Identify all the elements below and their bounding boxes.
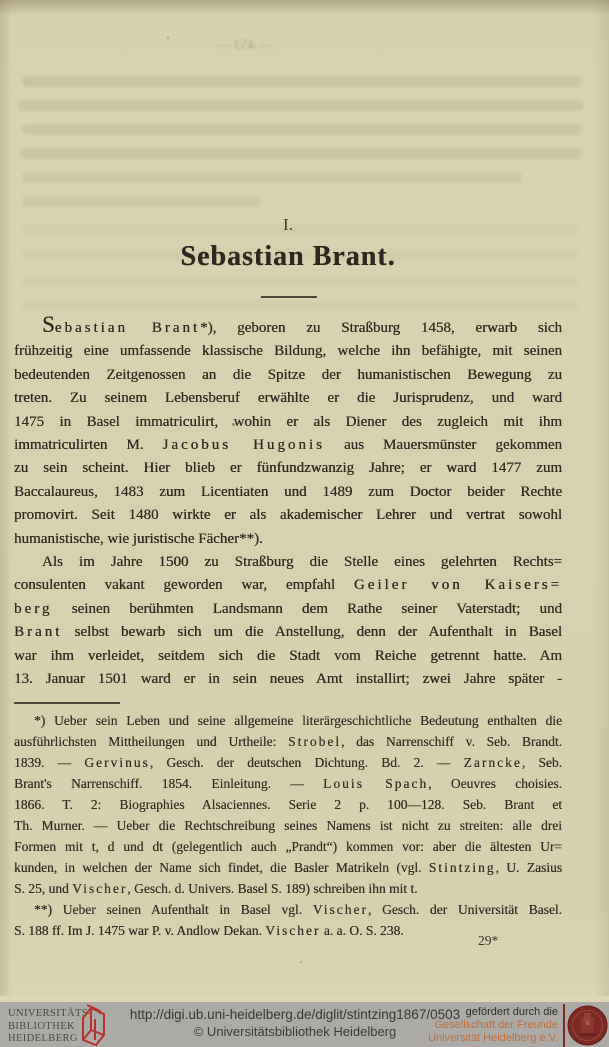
bleedthrough-page-number: — 453 — xyxy=(203,38,287,54)
funding-credit: gefördert durch die Gesellschaft der Fre… xyxy=(380,1006,558,1045)
main-text-block: Sebastian Brant*), geboren zu Straßburg … xyxy=(14,317,562,692)
chapter-title: Sebastian Brant. xyxy=(14,241,562,273)
paper-speck xyxy=(167,37,169,39)
funding-line: Gesellschaft der Freunde xyxy=(380,1019,558,1032)
text-line: ausführlichsten Mittheilungen und Urthei… xyxy=(14,731,562,752)
footer-divider-line xyxy=(563,1004,565,1047)
page-signature: 29* xyxy=(478,933,498,949)
text-line: Th. Murner. — Ueber die Rechtschreibung … xyxy=(14,815,562,836)
paper-speck xyxy=(300,961,302,963)
text-line: zu sein scheint. Hier blieb er fünfundzw… xyxy=(14,457,562,480)
chapter-numeral: I. xyxy=(14,215,562,235)
library-footer-bar: UNIVERSITÄTS- BIBLIOTHEK HEIDELBERG http… xyxy=(0,1002,609,1047)
footnote-block: *) Ueber sein Leben und seine allgemeine… xyxy=(14,710,562,941)
text-line: Baccalaureus, 1483 zum Licentiaten und 1… xyxy=(14,481,562,504)
university-seal-icon xyxy=(567,1005,608,1047)
text-line: 1866. T. 2: Biographies Alsaciennes. Ser… xyxy=(14,794,562,815)
text-line: war ihm verleidet, seitdem sich die Stad… xyxy=(14,645,562,668)
text-line: frühzeitig eine umfassende klassische Bi… xyxy=(14,340,562,363)
funding-line: Universität Heidelberg e.V. xyxy=(380,1032,558,1045)
text-line: **) Ueber seinen Aufenthalt in Basel vgl… xyxy=(14,899,562,920)
text-line: Brant selbst bewarb sich um die Anstellu… xyxy=(14,621,562,644)
funding-line: gefördert durch die xyxy=(380,1006,558,1019)
text-line: kunden, in welchen der Name sich findet,… xyxy=(14,857,562,878)
text-line: 13. Januar 1501 ward er in sein neues Am… xyxy=(14,668,562,691)
scanned-book-page: — 453 — I. Sebastian Brant. Sebastian Br… xyxy=(0,0,609,1047)
text-line: Sebastian Brant*), geboren zu Straßburg … xyxy=(14,317,562,340)
text-line: consulenten vakant geworden war, empfahl… xyxy=(14,574,562,597)
library-books-icon xyxy=(70,1002,114,1047)
text-line: 1839. — Gervinus, Gesch. der deutschen D… xyxy=(14,752,562,773)
text-line: humanistische, wie juristische Fächer**)… xyxy=(14,528,562,551)
text-line: *) Ueber sein Leben und seine allgemeine… xyxy=(14,710,562,731)
text-line: treten. Zu seinem Lebensberuf erwählte e… xyxy=(14,387,562,410)
text-line: Brant's Narrenschiff. 1854. Einleitung. … xyxy=(14,773,562,794)
paper-speck xyxy=(232,423,235,426)
title-divider-rule xyxy=(261,296,317,298)
text-line: bedeutenden Zeitgenossen an die Spitze d… xyxy=(14,364,562,387)
text-line: promovirt. Seit 1480 wirkte er als akade… xyxy=(14,504,562,527)
text-line: 1475 in Basel immatriculirt, wohin er al… xyxy=(14,411,562,434)
text-line: Als im Jahre 1500 zu Straßburg die Stell… xyxy=(14,551,562,574)
text-line: berg seinen berühmten Landsmann dem Rath… xyxy=(14,598,562,621)
text-line: Formen mit t, d und dt (gelegentlich auc… xyxy=(14,836,562,857)
text-line: immatriculirten M. Jacobus Hugonis aus M… xyxy=(14,434,562,457)
footnote-divider-rule xyxy=(14,702,120,704)
text-line: S. 25, und Vischer, Gesch. d. Univers. B… xyxy=(14,878,562,899)
